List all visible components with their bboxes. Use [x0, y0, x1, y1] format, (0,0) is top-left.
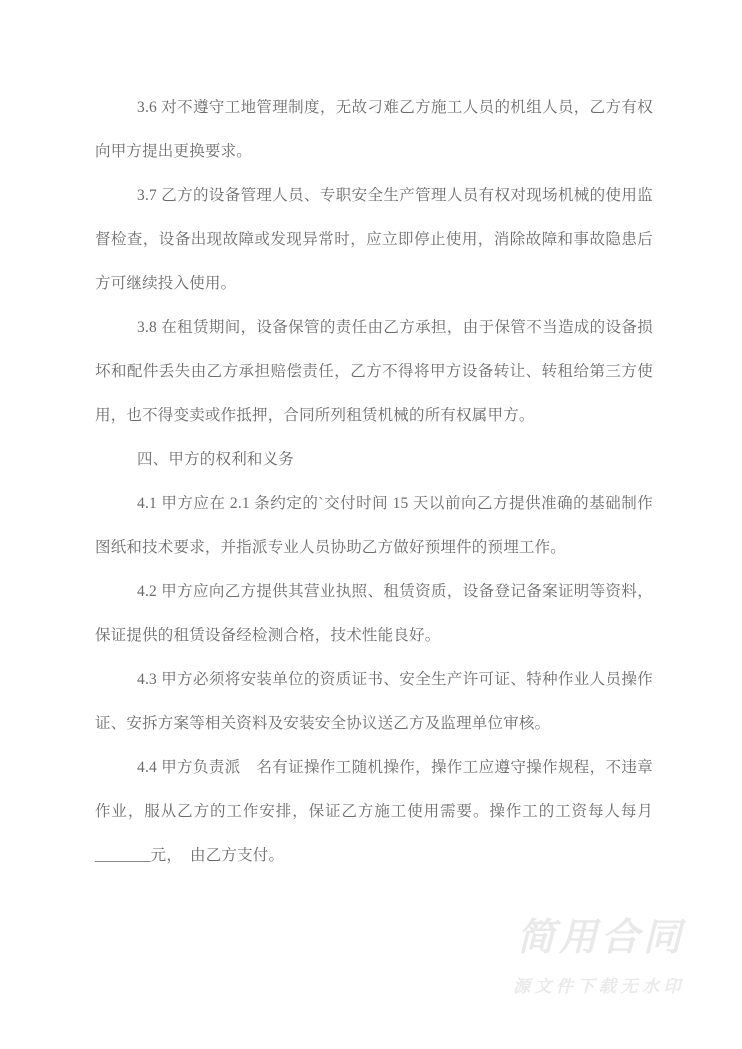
contract-document-page: 3.6 对不遵守工地管理制度，无故刁难乙方施工人员的机组人员，乙方有权 向甲方提…: [95, 86, 653, 878]
text-line: 3.7 乙方的设备管理人员、专职安全生产管理人员有权对现场机械的使用监: [95, 174, 653, 218]
text-line: 3.8 在租赁期间，设备保管的责任由乙方承担，由于保管不当造成的设备损: [95, 306, 653, 350]
text-line: 用，也不得变卖或作抵押，合同所列租赁机械的所有权属甲方。: [95, 394, 653, 438]
text-line: 证、安拆方案等相关资料及安装安全协议送乙方及监理单位审核。: [95, 702, 653, 746]
watermark-subtitle: 源文件下载无水印: [513, 972, 685, 997]
text-line: 作业，服从乙方的工作安排，保证乙方施工使用需要。操作工的工资每人每月: [95, 790, 653, 834]
watermark-title: 简用合同: [513, 918, 685, 960]
text-line: 督检查，设备出现故障或发现异常时，应立即停止使用，消除故障和事故隐患后: [95, 218, 653, 262]
text-line: 图纸和技术要求，并指派专业人员协助乙方做好预埋件的预埋工作。: [95, 526, 653, 570]
text-line: 方可继续投入使用。: [95, 262, 653, 306]
clause-3-6: 3.6 对不遵守工地管理制度，无故刁难乙方施工人员的机组人员，乙方有权 向甲方提…: [95, 86, 653, 174]
text-line: 4.1 甲方应在 2.1 条约定的`交付时间 15 天以前向乙方提供准确的基础制…: [95, 482, 653, 526]
text-line: 坏和配件丢失由乙方承担赔偿责任，乙方不得将甲方设备转让、转租给第三方使: [95, 350, 653, 394]
text-line: 4.2 甲方应向乙方提供其营业执照、租赁资质，设备登记备案证明等资料，: [95, 570, 653, 614]
text-line: 保证提供的租赁设备经检测合格，技术性能良好。: [95, 614, 653, 658]
clause-3-7: 3.7 乙方的设备管理人员、专职安全生产管理人员有权对现场机械的使用监 督检查，…: [95, 174, 653, 306]
clause-3-8: 3.8 在租赁期间，设备保管的责任由乙方承担，由于保管不当造成的设备损 坏和配件…: [95, 306, 653, 438]
text-line: 3.6 对不遵守工地管理制度，无故刁难乙方施工人员的机组人员，乙方有权: [95, 86, 653, 130]
section-4-heading: 四、甲方的权利和义务: [95, 438, 653, 482]
text-line: 4.3 甲方必须将安装单位的资质证书、安全生产许可证、特种作业人员操作: [95, 658, 653, 702]
clause-4-3: 4.3 甲方必须将安装单位的资质证书、安全生产许可证、特种作业人员操作 证、安拆…: [95, 658, 653, 746]
text-line: 向甲方提出更换要求。: [95, 130, 653, 174]
watermark: 简用合同 源文件下载无水印: [513, 918, 685, 997]
text-line: 4.4 甲方负责派 名有证操作工随机操作，操作工应遵守操作规程，不违章: [95, 746, 653, 790]
clause-4-1: 4.1 甲方应在 2.1 条约定的`交付时间 15 天以前向乙方提供准确的基础制…: [95, 482, 653, 570]
clause-4-2: 4.2 甲方应向乙方提供其营业执照、租赁资质，设备登记备案证明等资料， 保证提供…: [95, 570, 653, 658]
clause-4-4: 4.4 甲方负责派 名有证操作工随机操作，操作工应遵守操作规程，不违章 作业，服…: [95, 746, 653, 878]
section-heading-text: 四、甲方的权利和义务: [95, 438, 653, 482]
blank-fill-line: _______元， 由乙方支付。: [95, 834, 653, 878]
